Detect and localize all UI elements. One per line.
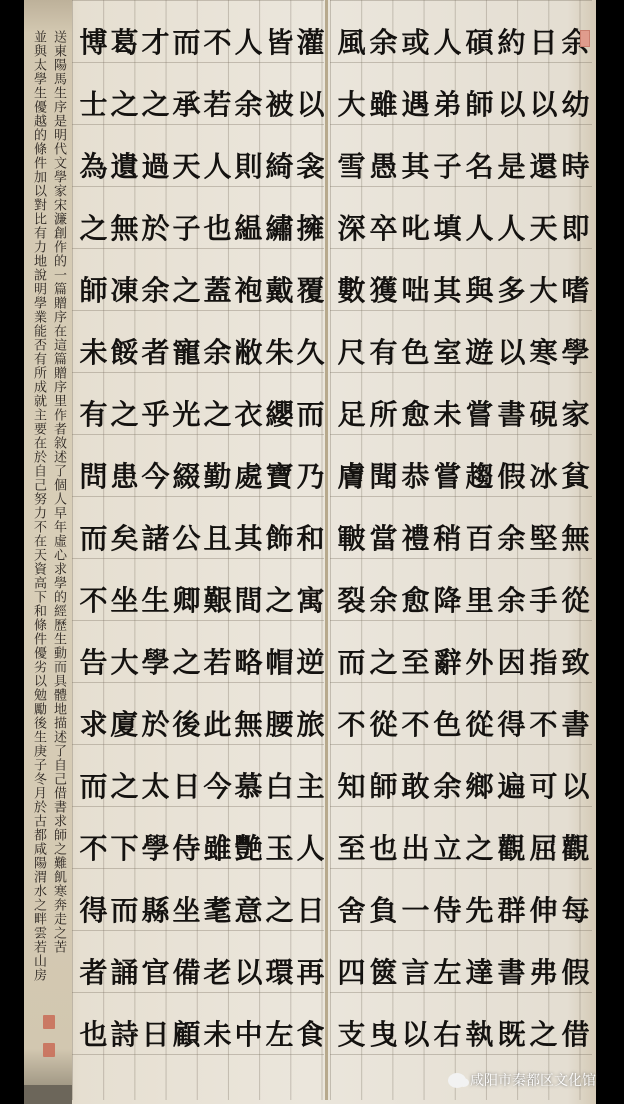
character: 師 — [78, 258, 109, 320]
character: 若 — [202, 630, 233, 692]
character: 既 — [496, 1002, 527, 1064]
character: 尺 — [336, 320, 367, 382]
character: 余 — [202, 320, 233, 382]
character: 趨 — [464, 444, 495, 506]
character: 問 — [78, 444, 109, 506]
character: 老 — [202, 940, 233, 1002]
character: 填 — [432, 196, 463, 258]
character: 勤 — [202, 444, 233, 506]
character: 寶 — [264, 444, 295, 506]
character: 和 — [295, 506, 326, 568]
scroll-edge — [24, 1085, 72, 1104]
character: 知 — [336, 754, 367, 816]
character: 以 — [400, 1002, 431, 1064]
character: 師 — [464, 72, 495, 134]
character: 色 — [432, 692, 463, 754]
character: 右 — [432, 1002, 463, 1064]
character: 左 — [432, 940, 463, 1002]
character: 侍 — [171, 816, 202, 878]
character: 裂 — [336, 568, 367, 630]
character: 朱 — [264, 320, 295, 382]
character: 而 — [109, 878, 140, 940]
character: 足 — [336, 382, 367, 444]
character: 而 — [336, 630, 367, 692]
character: 得 — [78, 878, 109, 940]
character: 卒 — [368, 196, 399, 258]
text-column: 約以是人多以書假余余因得遍觀群書既 — [496, 10, 527, 1064]
character: 之 — [78, 196, 109, 258]
text-column: 葛之遺無凍餒之患矣坐大廈之下而誦詩 — [109, 10, 140, 1064]
character: 家 — [560, 382, 591, 444]
character: 中 — [233, 1002, 264, 1064]
character: 坐 — [171, 878, 202, 940]
character: 食 — [295, 1002, 326, 1064]
inscription-column-right: 送東陽馬生序是明代文學家宋濂創作的一篇贈序在這篇贈序里作者敘述了個人早年虛心求學… — [48, 30, 66, 954]
character: 耄 — [202, 878, 233, 940]
character: 之 — [368, 630, 399, 692]
character: 光 — [171, 382, 202, 444]
character: 之 — [140, 72, 171, 134]
character: 學 — [140, 630, 171, 692]
character: 不 — [336, 692, 367, 754]
character: 其 — [432, 258, 463, 320]
character: 百 — [464, 506, 495, 568]
character: 致 — [560, 630, 591, 692]
seal-stamp — [43, 1043, 55, 1057]
character: 遺 — [109, 134, 140, 196]
character: 戴 — [264, 258, 295, 320]
character: 人 — [432, 10, 463, 72]
character: 蓋 — [202, 258, 233, 320]
character: 衾 — [295, 134, 326, 196]
character: 博 — [78, 10, 109, 72]
character: 愚 — [368, 134, 399, 196]
character: 間 — [233, 568, 264, 630]
character: 當 — [368, 506, 399, 568]
text-column: 或遇其叱咄色愈恭禮愈至不敢出一言以 — [400, 10, 431, 1064]
character: 綴 — [171, 444, 202, 506]
character: 今 — [202, 754, 233, 816]
character: 也 — [202, 196, 233, 258]
character: 弟 — [432, 72, 463, 134]
character: 士 — [78, 72, 109, 134]
character: 即 — [560, 196, 591, 258]
character: 才 — [140, 10, 171, 72]
character: 屈 — [528, 816, 559, 878]
character: 稍 — [432, 506, 463, 568]
character: 皆 — [264, 10, 295, 72]
text-column: 皆被綺繡戴朱纓寶飾之帽腰白玉之環左 — [264, 10, 295, 1064]
text-column: 而承天子之寵光綴公卿之後日侍坐備顧 — [171, 10, 202, 1064]
character: 得 — [496, 692, 527, 754]
character: 繡 — [264, 196, 295, 258]
character: 篋 — [368, 940, 399, 1002]
character: 負 — [368, 878, 399, 940]
character: 承 — [171, 72, 202, 134]
character: 堅 — [528, 506, 559, 568]
character: 白 — [264, 754, 295, 816]
character: 被 — [264, 72, 295, 134]
character: 太 — [140, 754, 171, 816]
character: 不 — [202, 10, 233, 72]
character: 之 — [264, 878, 295, 940]
character: 言 — [400, 940, 431, 1002]
character: 大 — [336, 72, 367, 134]
character: 久 — [295, 320, 326, 382]
text-column: 才之過於余者乎今諸生學於太學縣官日 — [140, 10, 171, 1064]
character: 未 — [202, 1002, 233, 1064]
character: 余 — [496, 568, 527, 630]
character: 立 — [432, 816, 463, 878]
character: 人 — [464, 196, 495, 258]
character: 達 — [464, 940, 495, 1002]
character: 袍 — [233, 258, 264, 320]
character: 嗜 — [560, 258, 591, 320]
character: 環 — [264, 940, 295, 1002]
character: 書 — [496, 940, 527, 1002]
character: 天 — [171, 134, 202, 196]
character: 腰 — [264, 692, 295, 754]
character: 至 — [400, 630, 431, 692]
character: 侍 — [432, 878, 463, 940]
wechat-icon — [448, 1073, 466, 1088]
character: 今 — [140, 444, 171, 506]
character: 雖 — [368, 72, 399, 134]
character: 敝 — [233, 320, 264, 382]
character: 此 — [202, 692, 233, 754]
character: 之 — [171, 258, 202, 320]
character: 大 — [109, 630, 140, 692]
character: 飾 — [264, 506, 295, 568]
character: 不 — [400, 692, 431, 754]
character: 諸 — [140, 506, 171, 568]
character: 顧 — [171, 1002, 202, 1064]
character: 卿 — [171, 568, 202, 630]
character: 艱 — [202, 568, 233, 630]
character: 人 — [233, 10, 264, 72]
character: 告 — [78, 630, 109, 692]
character: 過 — [140, 134, 171, 196]
character: 其 — [400, 134, 431, 196]
character: 假 — [560, 940, 591, 1002]
character: 且 — [202, 506, 233, 568]
character: 者 — [78, 940, 109, 1002]
character: 余 — [368, 10, 399, 72]
text-column: 不若人也蓋余之勤且艱若此今雖耄老未 — [202, 10, 233, 1064]
text-column: 灌以衾擁覆久而乃和寓逆旅主人日再食 — [295, 10, 326, 1064]
character: 學 — [560, 320, 591, 382]
character: 嘗 — [464, 382, 495, 444]
character: 之 — [109, 72, 140, 134]
character: 矣 — [109, 506, 140, 568]
character: 之 — [528, 1002, 559, 1064]
character: 而 — [295, 382, 326, 444]
character: 皸 — [336, 506, 367, 568]
character: 遊 — [464, 320, 495, 382]
character: 外 — [464, 630, 495, 692]
character: 不 — [78, 816, 109, 878]
character: 余 — [233, 72, 264, 134]
character: 獲 — [368, 258, 399, 320]
character: 恭 — [400, 444, 431, 506]
character: 碩 — [464, 10, 495, 72]
character: 乃 — [295, 444, 326, 506]
character: 雖 — [202, 816, 233, 878]
character: 不 — [78, 568, 109, 630]
character: 玉 — [264, 816, 295, 878]
character: 再 — [295, 940, 326, 1002]
character: 以 — [233, 940, 264, 1002]
character: 以 — [496, 72, 527, 134]
character: 之 — [264, 568, 295, 630]
character: 名 — [464, 134, 495, 196]
character: 之 — [109, 382, 140, 444]
character: 一 — [400, 878, 431, 940]
character: 之 — [202, 382, 233, 444]
character: 灌 — [295, 10, 326, 72]
character: 左 — [264, 1002, 295, 1064]
character: 愈 — [400, 382, 431, 444]
character: 所 — [368, 382, 399, 444]
inscription-column-left: 並與太學生優越的條件加以對比有力地說明學業能否有所成就主要在於自己努力不在天資高… — [28, 30, 46, 982]
character: 學 — [140, 816, 171, 878]
character: 緼 — [233, 196, 264, 258]
seal-stamp — [43, 1015, 55, 1029]
character: 天 — [528, 196, 559, 258]
character: 余 — [140, 258, 171, 320]
character: 也 — [368, 816, 399, 878]
character: 有 — [368, 320, 399, 382]
character: 遍 — [496, 754, 527, 816]
character: 鄉 — [464, 754, 495, 816]
character: 從 — [464, 692, 495, 754]
text-column: 人弟子填其室未嘗稍降辭色余立侍左右 — [432, 10, 463, 1064]
character: 余 — [368, 568, 399, 630]
character: 叱 — [400, 196, 431, 258]
character: 日 — [171, 754, 202, 816]
character: 意 — [233, 878, 264, 940]
character: 嘗 — [432, 444, 463, 506]
character: 與 — [464, 258, 495, 320]
character: 帽 — [264, 630, 295, 692]
character: 伸 — [528, 878, 559, 940]
character: 誦 — [109, 940, 140, 1002]
character: 辭 — [432, 630, 463, 692]
character: 從 — [560, 568, 591, 630]
character: 硯 — [528, 382, 559, 444]
character: 觀 — [496, 816, 527, 878]
character: 生 — [140, 568, 171, 630]
text-column: 風大雪深數尺足膚皸裂而不知至舍四支 — [336, 10, 367, 1064]
character: 書 — [560, 692, 591, 754]
character: 日 — [295, 878, 326, 940]
watermark-text: 咸阳市秦都区文化馆 — [470, 1070, 596, 1090]
character: 也 — [78, 1002, 109, 1064]
character: 官 — [140, 940, 171, 1002]
text-column: 碩師名人與遊嘗趨百里外從鄉之先達執 — [464, 10, 495, 1064]
character: 無 — [233, 692, 264, 754]
character: 無 — [109, 196, 140, 258]
character: 備 — [171, 940, 202, 1002]
character: 色 — [400, 320, 431, 382]
character: 而 — [78, 754, 109, 816]
character: 未 — [78, 320, 109, 382]
character: 師 — [368, 754, 399, 816]
character: 每 — [560, 878, 591, 940]
character: 支 — [336, 1002, 367, 1064]
character: 則 — [233, 134, 264, 196]
character: 四 — [336, 940, 367, 1002]
character: 而 — [171, 10, 202, 72]
character: 敢 — [400, 754, 431, 816]
character: 廈 — [109, 692, 140, 754]
character: 子 — [432, 134, 463, 196]
character: 執 — [464, 1002, 495, 1064]
character: 假 — [496, 444, 527, 506]
character: 主 — [295, 754, 326, 816]
character: 先 — [464, 878, 495, 940]
character: 覆 — [295, 258, 326, 320]
character: 若 — [202, 72, 233, 134]
character: 群 — [496, 878, 527, 940]
character: 膚 — [336, 444, 367, 506]
character: 以 — [295, 72, 326, 134]
character: 曳 — [368, 1002, 399, 1064]
text-column: 余幼時即嗜學家貧無從致書以觀每假借 — [560, 10, 591, 1064]
character: 縣 — [140, 878, 171, 940]
character: 是 — [496, 134, 527, 196]
character: 可 — [528, 754, 559, 816]
character: 人 — [202, 134, 233, 196]
character: 處 — [233, 444, 264, 506]
character: 之 — [171, 630, 202, 692]
character: 室 — [432, 320, 463, 382]
character: 雪 — [336, 134, 367, 196]
character: 風 — [336, 10, 367, 72]
character: 後 — [171, 692, 202, 754]
text-column: 博士為之師未有問而不告求而不得者也 — [78, 10, 109, 1064]
leading-seal — [580, 30, 590, 47]
character: 弗 — [528, 940, 559, 1002]
character: 不 — [528, 692, 559, 754]
character: 坐 — [109, 568, 140, 630]
character: 借 — [560, 1002, 591, 1064]
watermark: 咸阳市秦都区文化馆 — [448, 1070, 596, 1090]
character: 聞 — [368, 444, 399, 506]
character: 之 — [464, 816, 495, 878]
character: 冰 — [528, 444, 559, 506]
character: 於 — [140, 196, 171, 258]
character: 至 — [336, 816, 367, 878]
character: 手 — [528, 568, 559, 630]
character: 書 — [496, 382, 527, 444]
character: 慕 — [233, 754, 264, 816]
character: 擁 — [295, 196, 326, 258]
character: 以 — [560, 754, 591, 816]
character: 貧 — [560, 444, 591, 506]
character: 求 — [78, 692, 109, 754]
character: 衣 — [233, 382, 264, 444]
character: 還 — [528, 134, 559, 196]
character: 未 — [432, 382, 463, 444]
character: 寒 — [528, 320, 559, 382]
character: 余 — [432, 754, 463, 816]
character: 多 — [496, 258, 527, 320]
character: 綺 — [264, 134, 295, 196]
character: 子 — [171, 196, 202, 258]
character: 因 — [496, 630, 527, 692]
character: 人 — [496, 196, 527, 258]
character: 遇 — [400, 72, 431, 134]
text-column: 人余則緼袍敝衣處其間略無慕艷意以中 — [233, 10, 264, 1064]
character: 深 — [336, 196, 367, 258]
character: 凍 — [109, 258, 140, 320]
character: 里 — [464, 568, 495, 630]
character: 人 — [295, 816, 326, 878]
text-column: 余雖愚卒獲有所聞當余之從師也負篋曳 — [368, 10, 399, 1064]
character: 無 — [560, 506, 591, 568]
character: 寵 — [171, 320, 202, 382]
character: 而 — [78, 506, 109, 568]
character: 其 — [233, 506, 264, 568]
character: 從 — [368, 692, 399, 754]
character: 詩 — [109, 1002, 140, 1064]
character: 以 — [528, 72, 559, 134]
character: 大 — [528, 258, 559, 320]
inscription-strip: 送東陽馬生序是明代文學家宋濂創作的一篇贈序在這篇贈序里作者敘述了個人早年虛心求學… — [24, 0, 72, 1104]
character: 餒 — [109, 320, 140, 382]
character: 時 — [560, 134, 591, 196]
character: 約 — [496, 10, 527, 72]
character: 公 — [171, 506, 202, 568]
character: 日 — [140, 1002, 171, 1064]
character: 纓 — [264, 382, 295, 444]
character: 艷 — [233, 816, 264, 878]
character: 或 — [400, 10, 431, 72]
character: 幼 — [560, 72, 591, 134]
character: 出 — [400, 816, 431, 878]
character: 有 — [78, 382, 109, 444]
character: 略 — [233, 630, 264, 692]
character: 患 — [109, 444, 140, 506]
character: 乎 — [140, 382, 171, 444]
character: 觀 — [560, 816, 591, 878]
character: 寓 — [295, 568, 326, 630]
character: 指 — [528, 630, 559, 692]
character: 降 — [432, 568, 463, 630]
character: 愈 — [400, 568, 431, 630]
character: 葛 — [109, 10, 140, 72]
character: 於 — [140, 692, 171, 754]
text-column: 日以還天大寒硯冰堅手指不可屈伸弗之 — [528, 10, 559, 1064]
character: 余 — [496, 506, 527, 568]
character: 者 — [140, 320, 171, 382]
character: 之 — [109, 754, 140, 816]
character: 咄 — [400, 258, 431, 320]
character: 為 — [78, 134, 109, 196]
character: 逆 — [295, 630, 326, 692]
character: 禮 — [400, 506, 431, 568]
character: 以 — [496, 320, 527, 382]
character: 旅 — [295, 692, 326, 754]
character: 舍 — [336, 878, 367, 940]
character: 數 — [336, 258, 367, 320]
character: 日 — [528, 10, 559, 72]
character: 下 — [109, 816, 140, 878]
